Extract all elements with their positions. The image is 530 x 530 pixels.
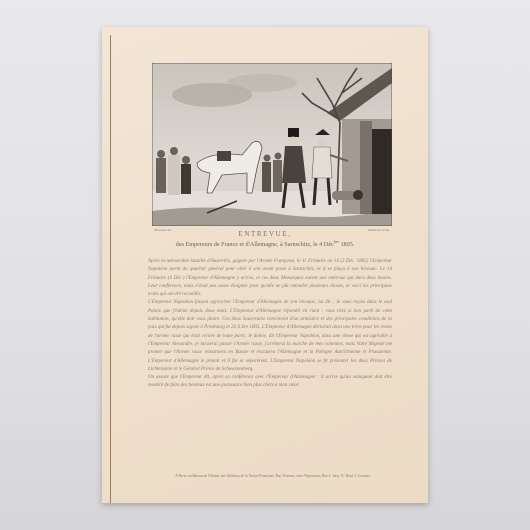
publisher-imprint: A Paris, au Bureau de l'Auteur, des Tabl… (148, 474, 398, 478)
caption-body: Après la mémorable bataille d'Austerlitz… (148, 258, 392, 391)
caption-paragraph: Après la mémorable bataille d'Austerlitz… (148, 258, 392, 299)
poster-print: Monsiau del. Malbeste sculp. ENTREVUE, d… (102, 27, 428, 503)
print-subtitle: des Empereurs de France et d'Allemagne, … (102, 239, 428, 248)
engraving-plate (152, 63, 392, 226)
subtitle-year: 1805. (339, 241, 354, 248)
paper-fold-line (110, 35, 111, 503)
caption-paragraph: On assure que l'Empereur dit, après sa c… (148, 374, 392, 391)
engraving-scene-illustration (152, 63, 392, 226)
subtitle-main: des Empereurs de France et d'Allemagne, … (176, 241, 334, 248)
caption-paragraph: L'Empereur Napoléon faisant approcher l'… (148, 299, 392, 374)
print-title: ENTREVUE, (102, 230, 428, 238)
